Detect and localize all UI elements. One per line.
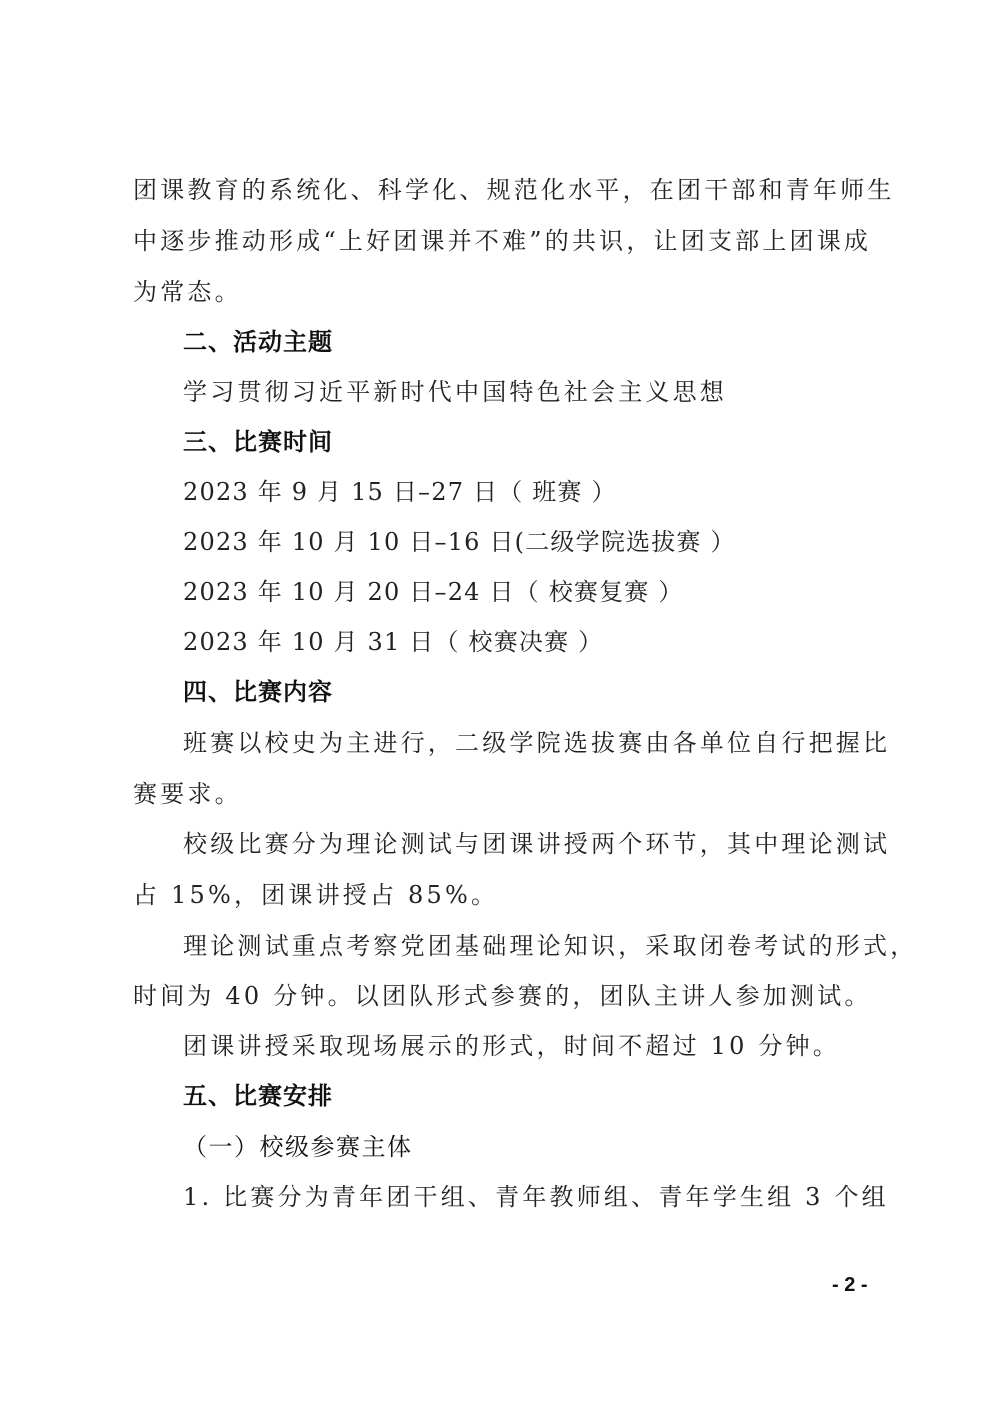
content-paragraph-1-line-1: 班赛以校史为主进行，二级学院选拔赛由各单位自行把握比	[183, 727, 890, 759]
content-paragraph-1-line-2: 赛要求。	[133, 778, 242, 810]
intro-line-1: 团课教育的系统化、科学化、规范化水平，在团干部和青年师生	[133, 174, 895, 206]
schedule-item: 2023 年 10 月 31 日（ 校赛决赛 ）	[183, 626, 603, 658]
content-paragraph-3-line-1: 理论测试重点考察党团基础理论知识，采取闭卷考试的形式，	[183, 930, 917, 962]
section-heading-arrangement: 五、比赛安排	[183, 1080, 333, 1112]
section-heading-content: 四、比赛内容	[183, 676, 333, 708]
section-heading-schedule: 三、比赛时间	[183, 426, 333, 458]
schedule-item: 2023 年 9 月 15 日–27 日（ 班赛 ）	[183, 476, 617, 508]
content-paragraph-2-line-1: 校级比赛分为理论测试与团课讲授两个环节，其中理论测试	[183, 828, 890, 860]
page-number: - 2 -	[832, 1274, 868, 1297]
intro-line-2: 中逐步推动形成“上好团课并不难”的共识，让团支部上团课成	[133, 225, 871, 257]
content-paragraph-2-line-2: 占 15%，团课讲授占 85%。	[133, 879, 498, 911]
schedule-item: 2023 年 10 月 20 日–24 日（ 校赛复赛 ）	[183, 576, 684, 608]
content-paragraph-3-line-2: 时间为 40 分钟。以团队形式参赛的，团队主讲人参加测试。	[133, 980, 872, 1012]
list-item-1: 1. 比赛分为青年团干组、青年教师组、青年学生组 3 个组	[183, 1181, 889, 1213]
schedule-item: 2023 年 10 月 10 日–16 日(二级学院选拔赛 ）	[183, 526, 736, 558]
content-paragraph-4-line-1: 团课讲授采取现场展示的形式，时间不超过 10 分钟。	[183, 1030, 840, 1062]
subsection-heading: （一）校级参赛主体	[183, 1131, 413, 1163]
section-heading-theme: 二、活动主题	[183, 326, 333, 358]
document-page: 团课教育的系统化、科学化、规范化水平，在团干部和青年师生 中逐步推动形成“上好团…	[0, 0, 1000, 1401]
theme-text: 学习贯彻习近平新时代中国特色社会主义思想	[183, 376, 727, 408]
intro-line-3: 为常态。	[133, 276, 242, 308]
